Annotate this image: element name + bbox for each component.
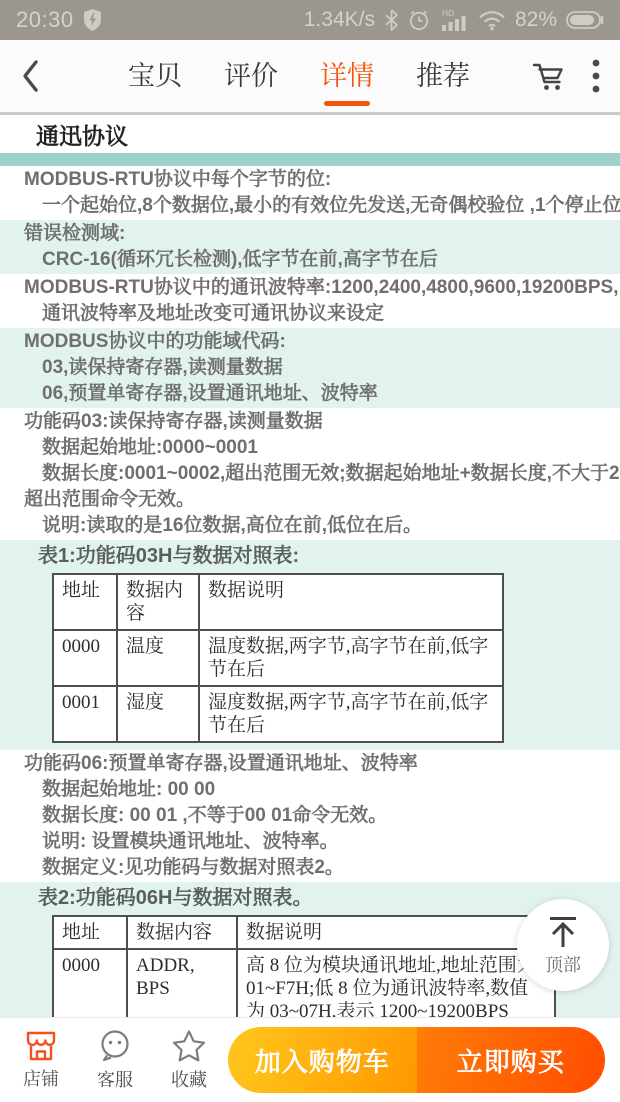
add-to-cart-button[interactable]: 加入购物车 xyxy=(228,1027,417,1093)
table2: 地址 数据内容 数据说明 0000 ADDR, BPS 高 8 位为模块通讯地址… xyxy=(52,915,556,1018)
cart-icon[interactable] xyxy=(530,59,566,93)
status-bar: 20:30 1.34K/s HD xyxy=(0,0,620,40)
table1-section: 表1:功能码03H与数据对照表: 地址 数据内容 数据说明 0000 温度 温度… xyxy=(0,540,620,750)
favorite-label: 收藏 xyxy=(171,1066,207,1092)
shop-icon xyxy=(24,1030,58,1062)
customer-service-icon xyxy=(98,1029,132,1063)
table-cell: 湿度数据,两字节,高字节在前,低字节在后 xyxy=(199,686,503,742)
protocol-line: 一个起始位,8个数据位,最小的有效位先发送,无奇偶校验位 ,1个停止位 xyxy=(0,193,620,219)
table-header-cell: 地址 xyxy=(53,574,117,630)
text-block: 功能码03:读保持寄存器,读测量数据 数据起始地址:0000~0001 数据长度… xyxy=(0,408,620,540)
protocol-line: 数据起始地址:0000~0001 xyxy=(0,435,620,461)
tab-reviews[interactable]: 评价 xyxy=(224,43,278,109)
customer-service-button[interactable]: 客服 xyxy=(78,1029,152,1092)
wifi-icon xyxy=(478,9,506,31)
battery-icon xyxy=(566,10,604,30)
table-row: 0001 湿度 湿度数据,两字节,高字节在前,低字节在后 xyxy=(53,686,503,742)
bluetooth-icon xyxy=(384,9,399,31)
buy-now-button[interactable]: 立即购买 xyxy=(417,1027,606,1093)
back-button[interactable] xyxy=(0,59,62,93)
protocol-line: 通讯波特率及地址改变可通讯协议来设定 xyxy=(0,301,620,327)
table-header-cell: 地址 xyxy=(53,916,127,949)
product-detail-content[interactable]: 通迅协议 MODBUS-RTU协议中每个字节的位: 一个起始位,8个数据位,最小… xyxy=(0,115,620,1018)
protocol-line: 超出范围命令无效。 xyxy=(0,487,620,513)
table-cell: 湿度 xyxy=(117,686,199,742)
protocol-line: 说明:读取的是16位数据,高位在前,低位在后。 xyxy=(0,513,620,539)
hd-label: HD xyxy=(442,8,454,18)
to-top-arrow-icon xyxy=(543,914,583,950)
back-to-top-label: 顶部 xyxy=(545,951,581,977)
protocol-line: CRC-16(循环冗长检测),低字节在前,高字节在后 xyxy=(0,247,620,273)
table-header-cell: 数据内容 xyxy=(117,574,199,630)
nav-bar: 宝贝 评价 详情 推荐 xyxy=(0,40,620,115)
table1-label: 表1:功能码03H与数据对照表: xyxy=(0,541,620,571)
protocol-line: MODBUS-RTU协议中每个字节的位: xyxy=(0,167,620,193)
table-cell: ADDR, BPS xyxy=(127,949,237,1018)
battery-percent: 82% xyxy=(515,8,557,32)
protocol-line: 06,预置单寄存器,设置通讯地址、波特率 xyxy=(0,381,620,407)
nav-actions xyxy=(530,58,620,94)
tab-item[interactable]: 宝贝 xyxy=(128,43,182,109)
text-block: MODBUS-RTU协议中每个字节的位: 一个起始位,8个数据位,最小的有效位先… xyxy=(0,166,620,220)
protocol-line: MODBUS协议中的功能域代码: xyxy=(0,329,620,355)
protocol-line: 数据定义:见功能码与数据对照表2。 xyxy=(0,855,620,881)
table-cell: 0000 xyxy=(53,630,117,686)
section-divider xyxy=(0,153,620,166)
app-screen: 20:30 1.34K/s HD xyxy=(0,0,620,1102)
alarm-icon xyxy=(408,9,430,31)
text-block: MODBUS协议中的功能域代码: 03,读保持寄存器,读测量数据 06,预置单寄… xyxy=(0,328,620,408)
protocol-line: 数据长度:0001~0002,超出范围无效;数据起始地址+数据长度,不大于2 xyxy=(0,461,620,487)
text-block: 功能码06:预置单寄存器,设置通讯地址、波特率 数据起始地址: 00 00 数据… xyxy=(0,750,620,882)
protocol-line: 说明: 设置模块通讯地址、波特率。 xyxy=(0,829,620,855)
favorite-button[interactable]: 收藏 xyxy=(152,1029,226,1092)
table-header-cell: 数据说明 xyxy=(237,916,555,949)
tab-recommend[interactable]: 推荐 xyxy=(416,43,470,109)
table-cell: 温度 xyxy=(117,630,199,686)
star-icon xyxy=(171,1029,207,1063)
network-speed: 1.34K/s xyxy=(304,8,375,32)
protocol-line: 功能码03:读保持寄存器,读测量数据 xyxy=(0,409,620,435)
table-header-row: 地址 数据内容 数据说明 xyxy=(53,574,503,630)
shop-button[interactable]: 店铺 xyxy=(4,1030,78,1091)
table2-label: 表2:功能码06H与数据对照表。 xyxy=(0,883,620,913)
shield-icon xyxy=(83,9,102,31)
table-row: 0000 温度 温度数据,两字节,高字节在前,低字节在后 xyxy=(53,630,503,686)
table-cell: 0000 xyxy=(53,949,127,1018)
back-chevron-icon xyxy=(22,59,40,93)
table-cell: 0001 xyxy=(53,686,117,742)
table-header-row: 地址 数据内容 数据说明 xyxy=(53,916,555,949)
text-block: MODBUS-RTU协议中的通讯波特率:1200,2400,4800,9600,… xyxy=(0,274,620,328)
protocol-line: 03,读保持寄存器,读测量数据 xyxy=(0,355,620,381)
more-menu-icon[interactable] xyxy=(592,58,600,94)
back-to-top-button[interactable]: 顶部 xyxy=(517,899,609,991)
protocol-line: 数据长度: 00 01 ,不等于00 01命令无效。 xyxy=(0,803,620,829)
table-header-cell: 数据说明 xyxy=(199,574,503,630)
protocol-line: 错误检测域: xyxy=(0,221,620,247)
tab-strip: 宝贝 评价 详情 推荐 xyxy=(68,43,530,109)
signal-icon: HD xyxy=(439,8,469,32)
table-header-cell: 数据内容 xyxy=(127,916,237,949)
table-row: 0000 ADDR, BPS 高 8 位为模块通讯地址,地址范围为 01~F7H… xyxy=(53,949,555,1018)
table-cell: 高 8 位为模块通讯地址,地址范围为 01~F7H;低 8 位为通讯波特率,数值… xyxy=(237,949,555,1018)
table-cell: 温度数据,两字节,高字节在前,低字节在后 xyxy=(199,630,503,686)
bottom-action-bar: 店铺 客服 收藏 加入购物车 立即购买 xyxy=(0,1017,620,1102)
clock: 20:30 xyxy=(16,7,74,33)
protocol-line: MODBUS-RTU协议中的通讯波特率:1200,2400,4800,9600,… xyxy=(0,275,620,301)
section-title: 通迅协议 xyxy=(0,115,620,153)
shop-label: 店铺 xyxy=(23,1065,59,1091)
protocol-line: 数据起始地址: 00 00 xyxy=(0,777,620,803)
customer-service-label: 客服 xyxy=(97,1066,133,1092)
text-block: 错误检测域: CRC-16(循环冗长检测),低字节在前,高字节在后 xyxy=(0,220,620,274)
protocol-line: 功能码06:预置单寄存器,设置通讯地址、波特率 xyxy=(0,751,620,777)
tab-details[interactable]: 详情 xyxy=(320,43,374,109)
table1: 地址 数据内容 数据说明 0000 温度 温度数据,两字节,高字节在前,低字节在… xyxy=(52,573,504,743)
purchase-buttons: 加入购物车 立即购买 xyxy=(228,1027,605,1093)
